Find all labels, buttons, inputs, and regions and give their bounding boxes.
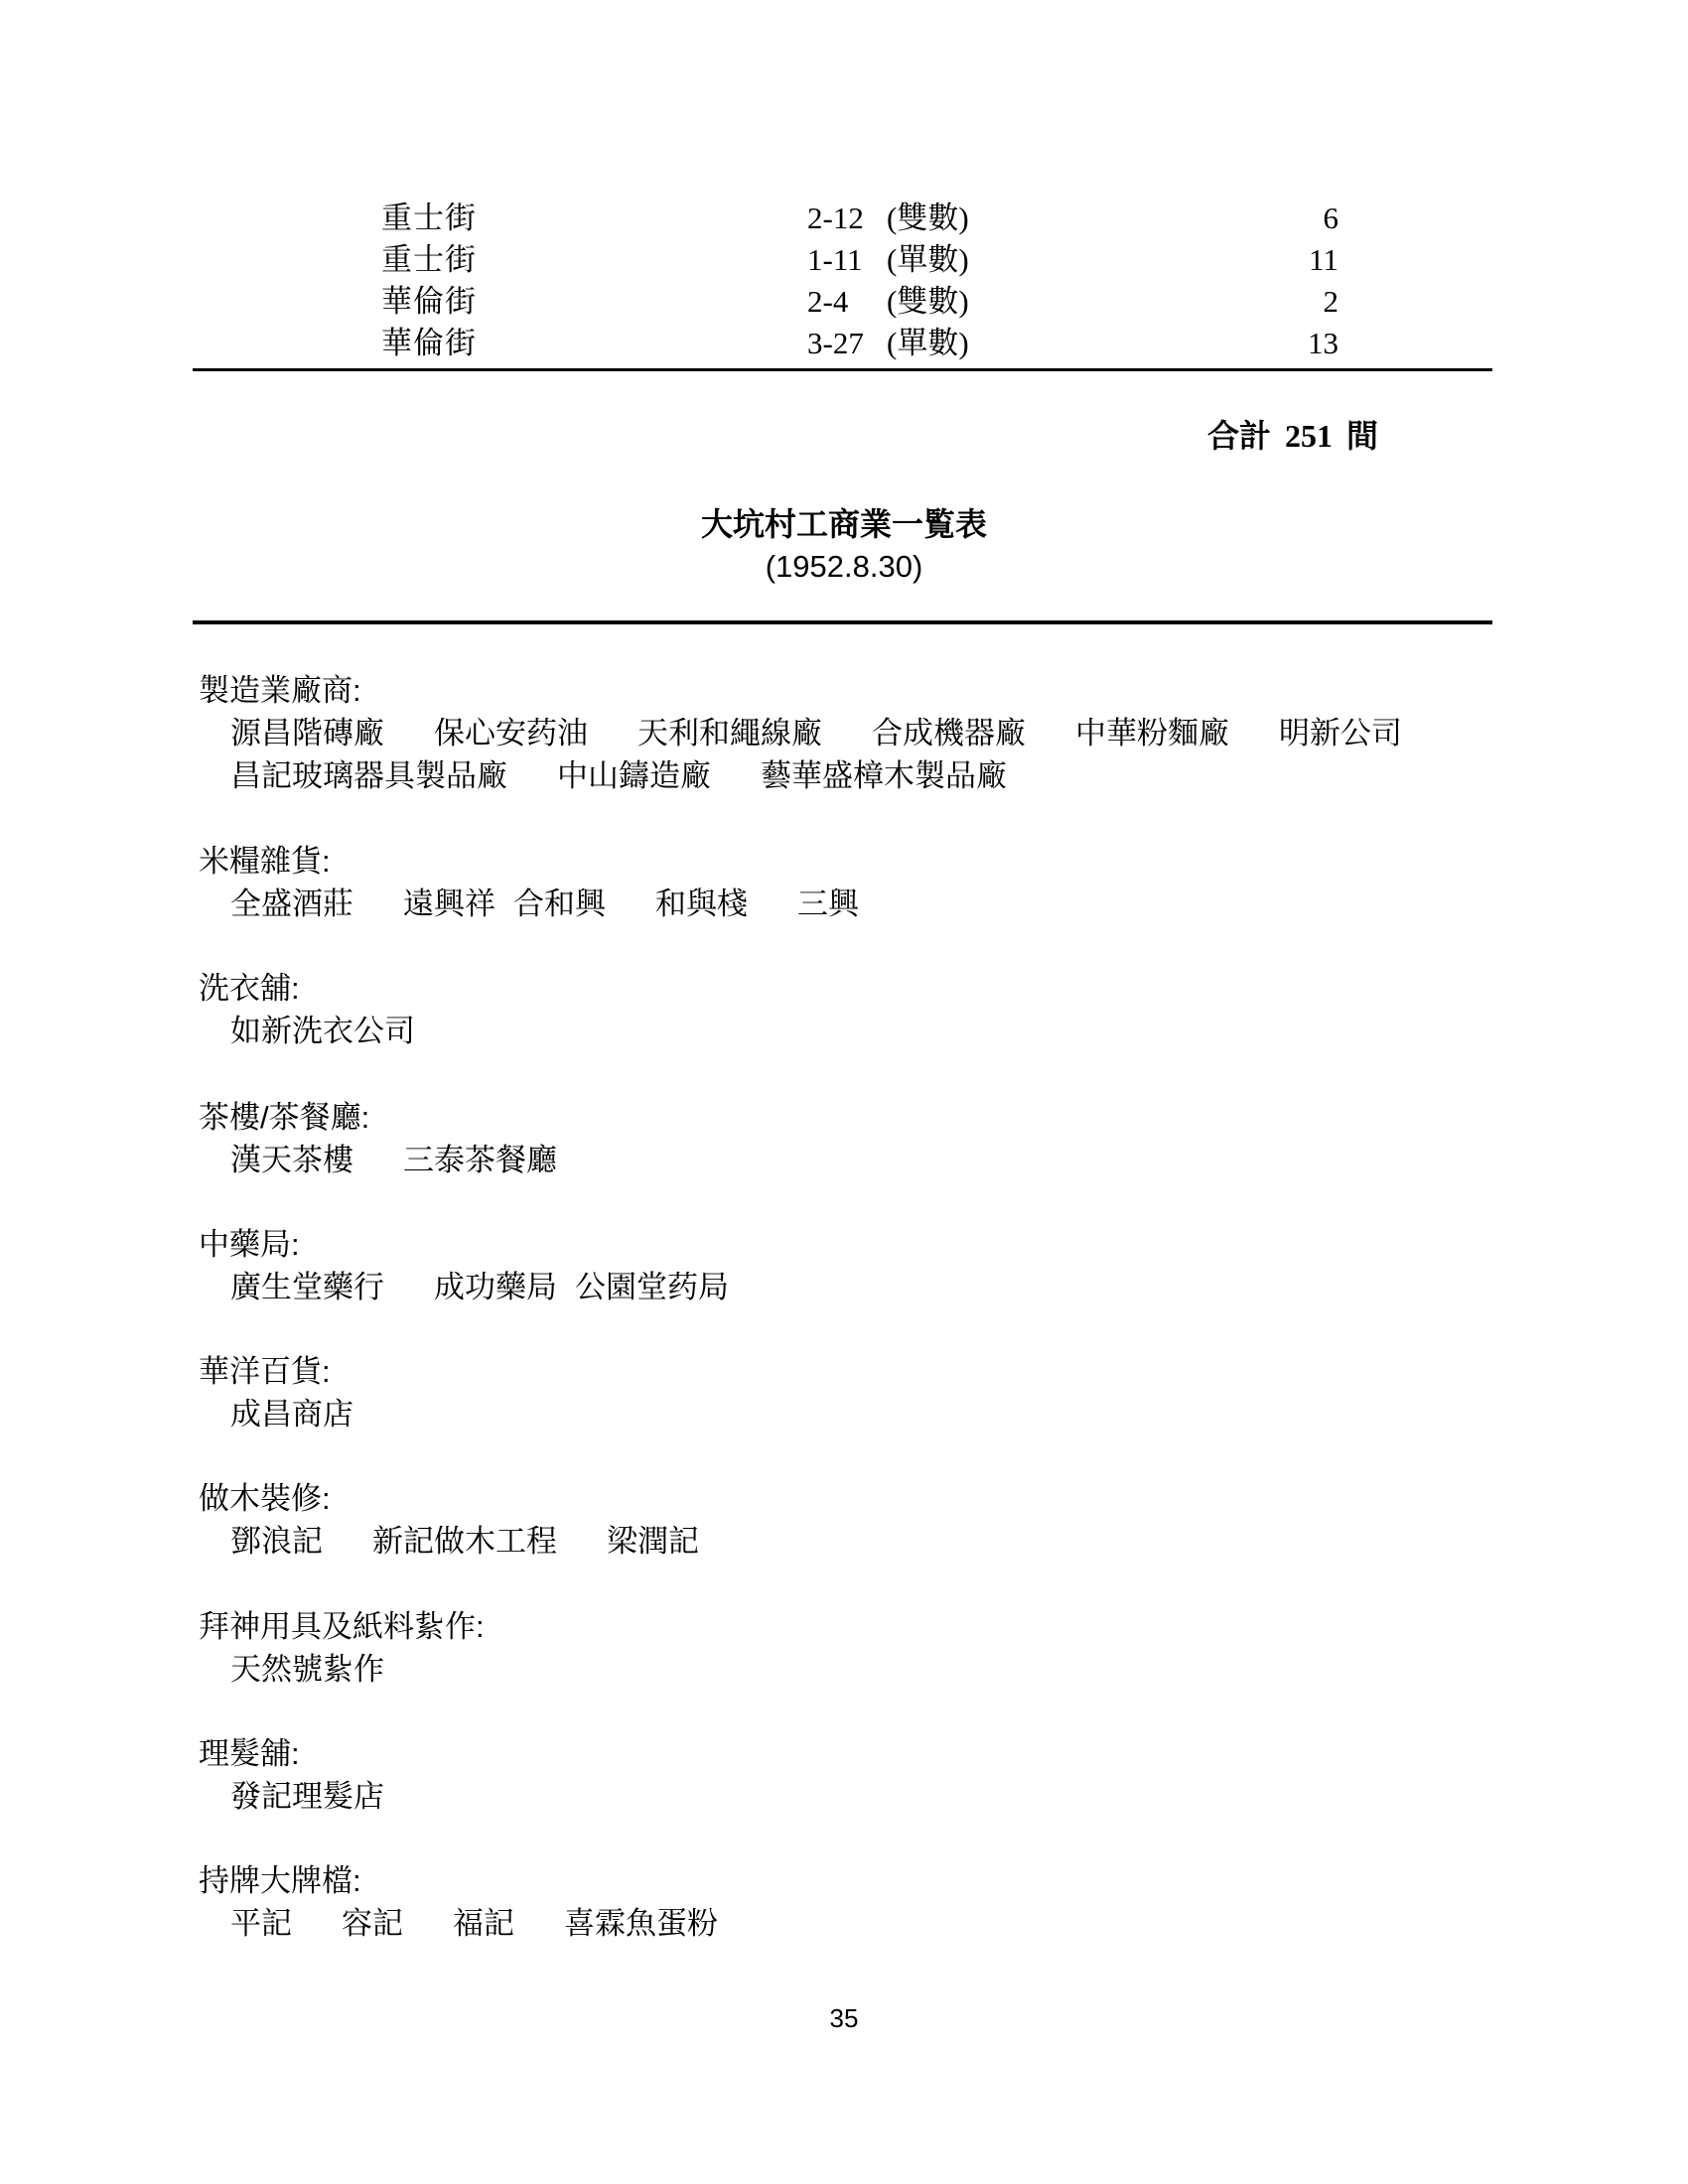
business-name: 保心安药油 xyxy=(434,712,588,754)
section-barber: 理髮舖: 發記理髮店 xyxy=(199,1732,434,1818)
section-items: 發記理髮店 xyxy=(199,1775,434,1818)
unit-count: 11 xyxy=(1309,244,1338,276)
items-line: 廣生堂藥行成功藥局公園堂药局 xyxy=(230,1266,778,1308)
table-row: 重士街 2-12 (雙數) 6 xyxy=(0,203,1688,244)
items-line: 天然號紥作 xyxy=(230,1648,485,1691)
section-items: 漢天茶樓三泰茶餐廳 xyxy=(199,1139,607,1181)
business-name: 漢天茶樓 xyxy=(230,1139,353,1181)
business-name: 廣生堂藥行 xyxy=(230,1266,384,1308)
section-heading: 華洋百貨: xyxy=(199,1350,403,1393)
section-heading: 做木裝修: xyxy=(199,1477,749,1520)
table-total: 合計 251 間 xyxy=(1207,418,1378,454)
business-name: 藝華盛樟木製品廠 xyxy=(761,754,1007,797)
business-name: 中華粉麵廠 xyxy=(1075,712,1229,754)
items-line: 發記理髮店 xyxy=(230,1775,434,1818)
section-items: 全盛酒莊遠興祥合和興和與棧三興 xyxy=(199,883,909,925)
section-manufacturing: 製造業廠商: 源昌階磚廠保心安药油天利和繩線廠合成機器廠中華粉麵廠明新公司 昌記… xyxy=(199,669,1452,797)
items-line: 源昌階磚廠保心安药油天利和繩線廠合成機器廠中華粉麵廠明新公司 xyxy=(230,712,1452,754)
section-heading: 持牌大牌檔: xyxy=(199,1859,768,1902)
street-name: 華倫街 xyxy=(381,286,477,318)
section-heading: 米糧雜貨: xyxy=(199,840,909,883)
house-number-range: 1-11 xyxy=(807,244,863,276)
business-name: 鄧浪記 xyxy=(230,1520,323,1563)
section-heading: 拜神用具及紙料紥作: xyxy=(199,1605,485,1648)
section-heading: 洗衣舖: xyxy=(199,967,465,1010)
street-name: 重士街 xyxy=(381,203,477,234)
unit-count: 13 xyxy=(1308,328,1338,359)
page-number: 35 xyxy=(0,2003,1688,2033)
title-rule xyxy=(193,620,1492,624)
number-parity: (單數) xyxy=(887,244,969,276)
table-row: 華倫街 3-27 (單數) 13 xyxy=(0,328,1688,369)
items-line: 成昌商店 xyxy=(230,1393,403,1435)
unit-count: 6 xyxy=(1324,203,1339,234)
section-items: 平記容記福記喜霖魚蛋粉 xyxy=(199,1902,768,1945)
business-name: 公園堂药局 xyxy=(575,1266,729,1308)
business-name: 合和興 xyxy=(513,883,606,925)
number-parity: (雙數) xyxy=(887,203,969,234)
section-worship-paper-crafts: 拜神用具及紙料紥作: 天然號紥作 xyxy=(199,1605,485,1691)
business-name: 三興 xyxy=(797,883,859,925)
table-row: 重士街 1-11 (單數) 11 xyxy=(0,244,1688,286)
unit-count: 2 xyxy=(1324,286,1339,318)
business-name: 福記 xyxy=(453,1902,514,1945)
section-chinese-medicine: 中藥局: 廣生堂藥行成功藥局公園堂药局 xyxy=(199,1223,778,1308)
business-name: 喜霖魚蛋粉 xyxy=(564,1902,718,1945)
section-items: 源昌階磚廠保心安药油天利和繩線廠合成機器廠中華粉麵廠明新公司 昌記玻璃器具製品廠… xyxy=(199,712,1452,797)
business-name: 成功藥局 xyxy=(434,1266,557,1308)
directory-title: 大坑村工商業一覧表 xyxy=(0,504,1688,544)
business-name: 遠興祥 xyxy=(403,883,495,925)
business-name: 梁潤記 xyxy=(607,1520,699,1563)
house-number-range: 2-12 xyxy=(807,203,864,234)
business-name: 平記 xyxy=(230,1902,292,1945)
business-name: 三泰茶餐廳 xyxy=(403,1139,557,1181)
business-name: 天利和繩線廠 xyxy=(637,712,822,754)
table-bottom-rule xyxy=(193,368,1492,371)
section-heading: 中藥局: xyxy=(199,1223,778,1266)
section-teahouses: 茶樓/茶餐廳: 漢天茶樓三泰茶餐廳 xyxy=(199,1096,607,1181)
business-name: 源昌階磚廠 xyxy=(230,712,384,754)
number-parity: (單數) xyxy=(887,328,969,359)
section-items: 鄧浪記新記做木工程梁潤記 xyxy=(199,1520,749,1563)
business-name: 昌記玻璃器具製品廠 xyxy=(230,754,507,797)
business-name: 中山鑄造廠 xyxy=(557,754,711,797)
section-heading: 製造業廠商: xyxy=(199,669,1452,712)
directory-date: (1952.8.30) xyxy=(0,547,1688,587)
business-name: 成昌商店 xyxy=(230,1393,353,1435)
business-name: 和與棧 xyxy=(655,883,748,925)
business-name: 天然號紥作 xyxy=(230,1648,384,1691)
section-items: 如新洗衣公司 xyxy=(199,1010,465,1052)
business-name: 容記 xyxy=(342,1902,403,1945)
section-carpentry: 做木裝修: 鄧浪記新記做木工程梁潤記 xyxy=(199,1477,749,1563)
business-name: 合成機器廠 xyxy=(872,712,1026,754)
section-general-goods: 華洋百貨: 成昌商店 xyxy=(199,1350,403,1435)
section-heading: 茶樓/茶餐廳: xyxy=(199,1096,607,1139)
items-line: 全盛酒莊遠興祥合和興和與棧三興 xyxy=(230,883,909,925)
items-line: 昌記玻璃器具製品廠中山鑄造廠藝華盛樟木製品廠 xyxy=(230,754,1452,797)
section-licensed-food-stalls: 持牌大牌檔: 平記容記福記喜霖魚蛋粉 xyxy=(199,1859,768,1945)
items-line: 如新洗衣公司 xyxy=(230,1010,465,1052)
street-name: 華倫街 xyxy=(381,328,477,359)
business-name: 明新公司 xyxy=(1279,712,1402,754)
number-parity: (雙數) xyxy=(887,286,969,318)
section-rice-groceries: 米糧雜貨: 全盛酒莊遠興祥合和興和與棧三興 xyxy=(199,840,909,925)
section-items: 成昌商店 xyxy=(199,1393,403,1435)
street-name: 重士街 xyxy=(381,244,477,276)
business-name: 如新洗衣公司 xyxy=(230,1010,415,1052)
business-name: 全盛酒莊 xyxy=(230,883,353,925)
items-line: 平記容記福記喜霖魚蛋粉 xyxy=(230,1902,768,1945)
section-laundry: 洗衣舖: 如新洗衣公司 xyxy=(199,967,465,1052)
table-row: 華倫街 2-4 (雙數) 2 xyxy=(0,286,1688,328)
house-number-range: 3-27 xyxy=(807,328,864,359)
section-heading: 理髮舖: xyxy=(199,1732,434,1775)
section-items: 廣生堂藥行成功藥局公園堂药局 xyxy=(199,1266,778,1308)
items-line: 漢天茶樓三泰茶餐廳 xyxy=(230,1139,607,1181)
business-name: 新記做木工程 xyxy=(372,1520,557,1563)
section-items: 天然號紥作 xyxy=(199,1648,485,1691)
business-name: 發記理髮店 xyxy=(230,1775,384,1818)
items-line: 鄧浪記新記做木工程梁潤記 xyxy=(230,1520,749,1563)
house-number-range: 2-4 xyxy=(807,286,848,318)
